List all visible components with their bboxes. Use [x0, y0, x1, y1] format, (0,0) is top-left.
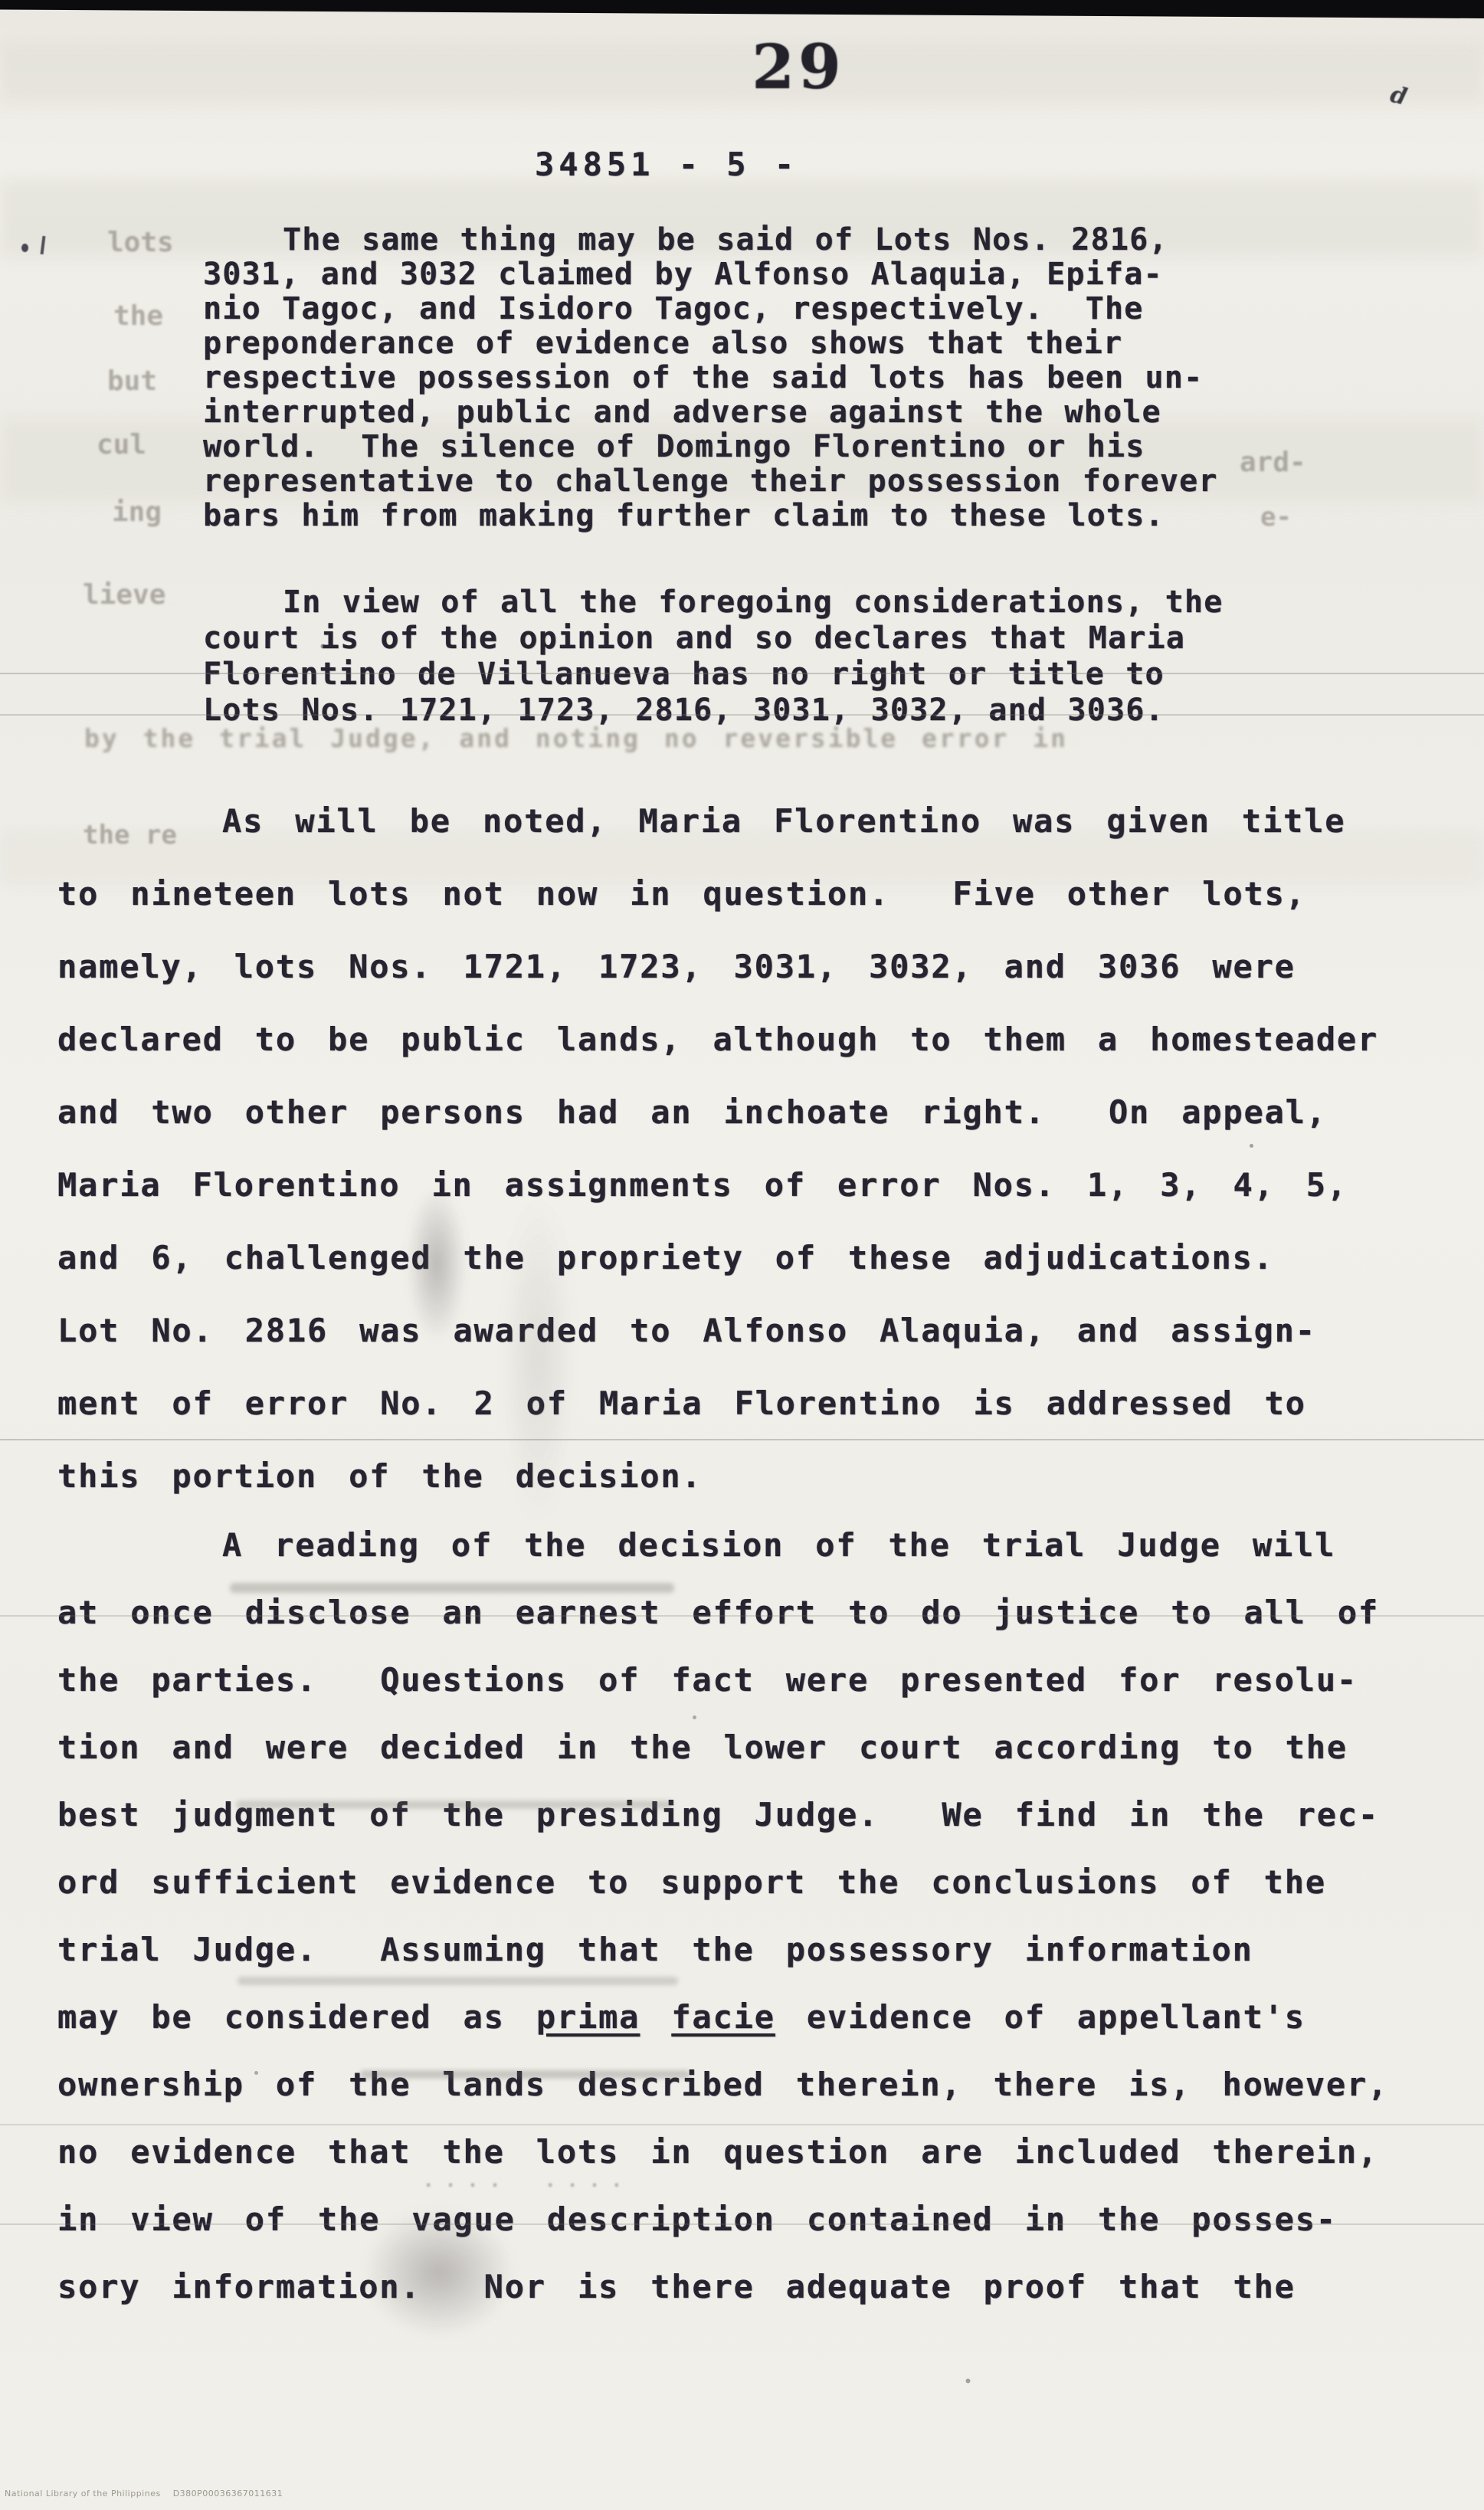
ghost-text: e- [1260, 502, 1292, 532]
text-line: respective possession of the said lots h… [203, 360, 1218, 395]
text-line: no evidence that the lots in question ar… [57, 2134, 1388, 2201]
ghost-text: the re [83, 820, 177, 850]
smear-line [230, 1583, 674, 1593]
paragraph-court-declaration: In view of all the foregoing considerati… [203, 585, 1224, 729]
text-line: trial Judge. Assuming that the possessor… [57, 1932, 1388, 1999]
ghost-text: the [113, 300, 163, 332]
library-watermark: National Library of the Philippines D380… [5, 2489, 283, 2499]
text-line: The same thing may be said of Lots Nos. … [203, 222, 1218, 257]
text-line: ment of error No. 2 of Maria Florentino … [57, 1385, 1378, 1458]
scan-line [0, 1615, 1484, 1617]
scan-line [0, 1439, 1484, 1440]
text-line: bars him from making further claim to th… [203, 498, 1218, 532]
paragraph-nineteen-lots: As will be noted, Maria Florentino was g… [57, 803, 1378, 1531]
underlined-term: prima [536, 1998, 640, 2036]
ghost-text: lots [107, 227, 174, 258]
text-line: namely, lots Nos. 1721, 1723, 3031, 3032… [57, 949, 1378, 1021]
ink-smudge [406, 1184, 467, 1345]
ghost-text: lieve [83, 579, 165, 611]
text-line: Maria Florentino in assignments of error… [57, 1167, 1378, 1240]
text-line: In view of all the foregoing considerati… [203, 585, 1224, 621]
scan-line [0, 673, 1484, 674]
document-page: 29 d 34851 - 5 - The same thing may be s… [0, 0, 1484, 2510]
text-line: court is of the opinion and so declares … [203, 621, 1224, 657]
text-line: world. The silence of Domingo Florentino… [203, 429, 1218, 464]
text-line: the parties. Questions of fact were pres… [57, 1662, 1388, 1729]
ghost-text-line: by the trial Judge, and noting no revers… [84, 723, 1068, 753]
scan-edge-band [0, 0, 1484, 18]
paragraph-trial-judge-review: A reading of the decision of the trial J… [57, 1527, 1388, 2336]
text-line-with-underline: may be considered as prima facie evidenc… [57, 1999, 1388, 2066]
text-line: interrupted, public and adverse against … [203, 395, 1218, 429]
ghost-text: cul [97, 429, 146, 460]
smear-line [360, 2070, 690, 2079]
underlined-term: facie [671, 1998, 775, 2036]
ghost-text: but [107, 365, 157, 397]
ghost-text: ard- [1240, 447, 1306, 478]
ghost-dots: . . . . . . . . [423, 2170, 622, 2191]
text-segment: may be considered as [57, 1998, 536, 2036]
text-line: to nineteen lots not now in question. Fi… [57, 876, 1378, 949]
text-line: representative to challenge their posses… [203, 464, 1218, 498]
text-line: declared to be public lands, although to… [57, 1021, 1378, 1094]
margin-mark [21, 244, 28, 252]
text-line: preponderance of evidence also shows tha… [203, 326, 1218, 360]
paper-specks [0, 0, 2, 2]
text-line: Lot No. 2816 was awarded to Alfonso Alaq… [57, 1312, 1378, 1385]
smear-line [238, 1977, 678, 1985]
docket-number: 34851 - 5 - [535, 146, 798, 183]
text-line: and two other persons had an inchoate ri… [57, 1094, 1378, 1167]
scan-line [0, 714, 1484, 716]
text-line: in view of the vague description contain… [57, 2201, 1388, 2269]
ink-stain [359, 2204, 519, 2341]
scan-line [0, 2124, 1484, 2125]
text-line: 3031, and 3032 claimed by Alfonso Alaqui… [203, 257, 1218, 291]
text-line: tion and were decided in the lower court… [57, 1729, 1388, 1797]
text-line: nio Tagoc, and Isidoro Tagoc, respective… [203, 291, 1218, 326]
scan-line [0, 2223, 1484, 2225]
text-line: ord sufficient evidence to support the c… [57, 1864, 1388, 1932]
text-segment: evidence of appellant's [775, 1998, 1305, 2036]
paper-crease [502, 1195, 575, 1525]
text-line: this portion of the decision. [57, 1458, 1378, 1531]
text-line: and 6, challenged the propriety of these… [57, 1240, 1378, 1312]
smear-line [236, 1801, 673, 1809]
ghost-text: ing [112, 496, 162, 528]
text-line: Florentino de Villanueva has no right or… [203, 657, 1224, 693]
paragraph-lots-possession: The same thing may be said of Lots Nos. … [203, 222, 1218, 532]
text-line: sory information. Nor is there adequate … [57, 2269, 1388, 2336]
text-segment [640, 1998, 671, 2036]
text-line: As will be noted, Maria Florentino was g… [57, 803, 1378, 876]
page-number: 29 [722, 31, 875, 103]
text-line: at once disclose an earnest effort to do… [57, 1594, 1388, 1662]
